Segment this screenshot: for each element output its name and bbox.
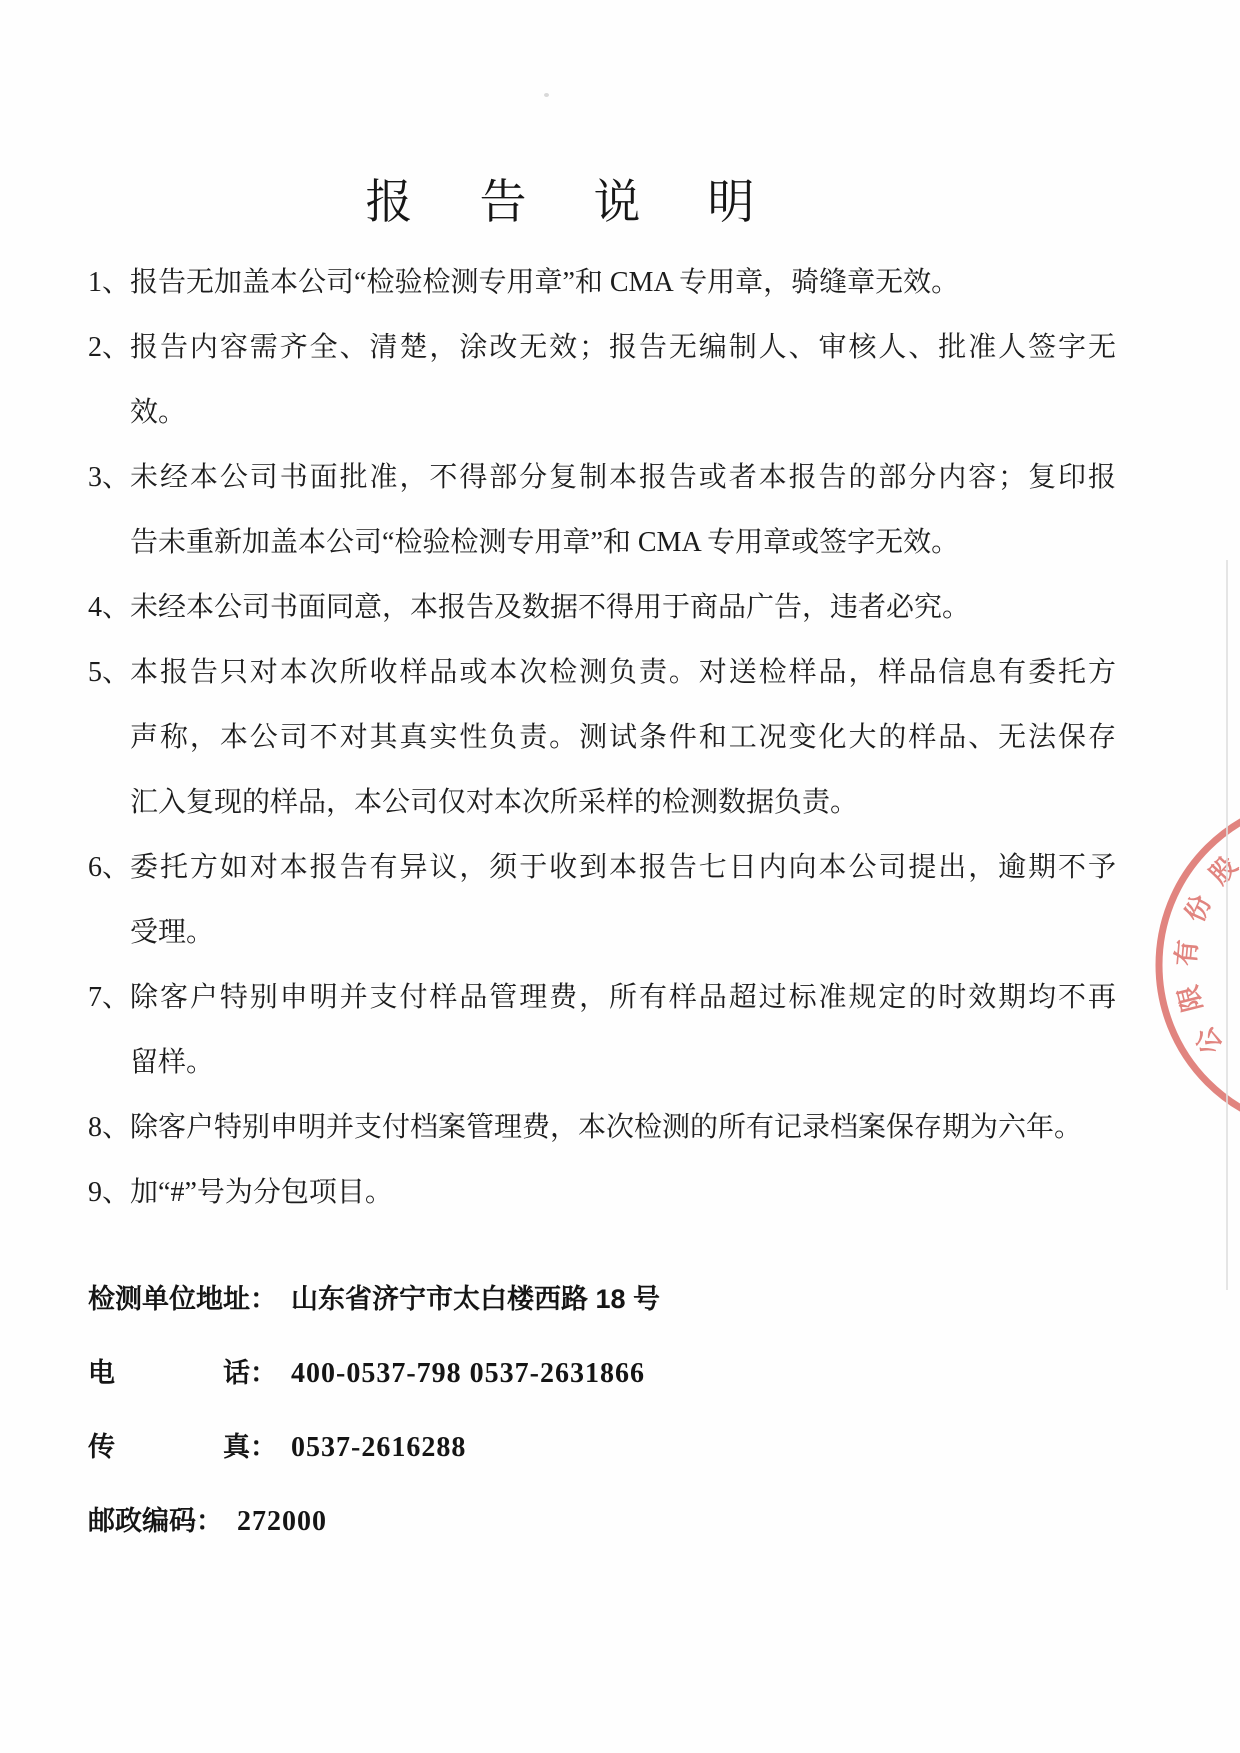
note-item-8: 8、 除客户特别申明并支付档案管理费，本次检测的所有记录档案保存期为六年。 <box>88 1095 1116 1160</box>
note-number: 7、 <box>88 965 130 1030</box>
note-line: 除客户特别申明并支付样品管理费，所有样品超过标准规定的时效期均不再 <box>130 965 1116 1030</box>
seal-char: 公 <box>1189 1022 1228 1060</box>
note-line: 报告内容需齐全、清楚，涂改无效；报告无编制人、审核人、批准人签字无 <box>130 315 1116 380</box>
note-line: 留样。 <box>130 1030 1116 1095</box>
note-line: 报告无加盖本公司“检验检测专用章”和 CMA 专用章，骑缝章无效。 <box>130 250 1116 315</box>
note-line: 加“#”号为分包项目。 <box>130 1160 1116 1225</box>
note-item-2: 2、 报告内容需齐全、清楚，涂改无效；报告无编制人、审核人、批准人签字无 效。 <box>88 315 1116 445</box>
note-number: 9、 <box>88 1160 130 1225</box>
phone-row: 电 话：400-0537-798 0537-2631866 <box>88 1336 1116 1410</box>
address-row: 检测单位地址：山东省济宁市太白楼西路 18 号 <box>88 1262 1116 1336</box>
fax-label: 传 真： <box>88 1432 277 1462</box>
contact-footer: 检测单位地址：山东省济宁市太白楼西路 18 号 电 话：400-0537-798… <box>88 1262 1116 1558</box>
postcode-value: 272000 <box>223 1506 327 1537</box>
phone-value: 400-0537-798 0537-2631866 <box>277 1358 645 1389</box>
company-seal-stamp: 股 份 有 限 公 <box>1108 795 1240 1135</box>
address-value: 山东省济宁市太白楼西路 18 号 <box>277 1284 660 1314</box>
note-number: 6、 <box>88 835 130 900</box>
note-number: 5、 <box>88 640 130 705</box>
scan-artifact-line <box>1226 560 1228 1290</box>
note-item-6: 6、 委托方如对本报告有异议，须于收到本报告七日内向本公司提出，逾期不予 受理。 <box>88 835 1116 965</box>
note-line: 声称，本公司不对其真实性负责。测试条件和工况变化大的样品、无法保存 <box>130 705 1116 770</box>
report-notes-page: 报 告 说 明 1、 报告无加盖本公司“检验检测专用章”和 CMA 专用章，骑缝… <box>0 0 1240 1753</box>
note-line: 本报告只对本次所收样品或本次检测负责。对送检样品，样品信息有委托方 <box>130 640 1116 705</box>
seal-char: 份 <box>1179 890 1217 926</box>
note-item-5: 5、 本报告只对本次所收样品或本次检测负责。对送检样品，样品信息有委托方 声称，… <box>88 640 1116 835</box>
note-number: 8、 <box>88 1095 130 1160</box>
note-item-9: 9、 加“#”号为分包项目。 <box>88 1160 1116 1225</box>
note-line: 除客户特别申明并支付档案管理费，本次检测的所有记录档案保存期为六年。 <box>130 1095 1116 1160</box>
note-line: 未经本公司书面同意，本报告及数据不得用于商品广告，违者必究。 <box>130 575 1116 640</box>
address-label: 检测单位地址： <box>88 1284 277 1314</box>
seal-char: 限 <box>1172 982 1207 1015</box>
note-item-1: 1、 报告无加盖本公司“检验检测专用章”和 CMA 专用章，骑缝章无效。 <box>88 250 1116 315</box>
note-number: 1、 <box>88 250 130 315</box>
note-item-4: 4、 未经本公司书面同意，本报告及数据不得用于商品广告，违者必究。 <box>88 575 1116 640</box>
postcode-label: 邮政编码： <box>88 1506 223 1536</box>
phone-label: 电 话： <box>88 1358 277 1388</box>
note-number: 4、 <box>88 575 130 640</box>
postcode-row: 邮政编码：272000 <box>88 1484 1116 1558</box>
note-line: 汇入复现的样品，本公司仅对本次所采样的检测数据负责。 <box>130 770 1116 835</box>
note-line: 委托方如对本报告有异议，须于收到本报告七日内向本公司提出，逾期不予 <box>130 835 1116 900</box>
note-item-7: 7、 除客户特别申明并支付样品管理费，所有样品超过标准规定的时效期均不再 留样。 <box>88 965 1116 1095</box>
seal-char: 有 <box>1170 939 1202 968</box>
note-line: 未经本公司书面批准，不得部分复制本报告或者本报告的部分内容；复印报 <box>130 445 1116 510</box>
page-title: 报 告 说 明 <box>0 172 1130 234</box>
note-line: 效。 <box>130 380 1116 445</box>
fax-value: 0537-2616288 <box>277 1432 466 1463</box>
seal-char: 股 <box>1203 850 1240 889</box>
fax-row: 传 真：0537-2616288 <box>88 1410 1116 1484</box>
scan-artifact-speck <box>544 93 549 97</box>
note-line: 告未重新加盖本公司“检验检测专用章”和 CMA 专用章或签字无效。 <box>130 510 1116 575</box>
note-item-3: 3、 未经本公司书面批准，不得部分复制本报告或者本报告的部分内容；复印报 告未重… <box>88 445 1116 575</box>
note-number: 3、 <box>88 445 130 510</box>
notes-list: 1、 报告无加盖本公司“检验检测专用章”和 CMA 专用章，骑缝章无效。 2、 … <box>88 250 1116 1225</box>
note-line: 受理。 <box>130 900 1116 965</box>
note-number: 2、 <box>88 315 130 380</box>
